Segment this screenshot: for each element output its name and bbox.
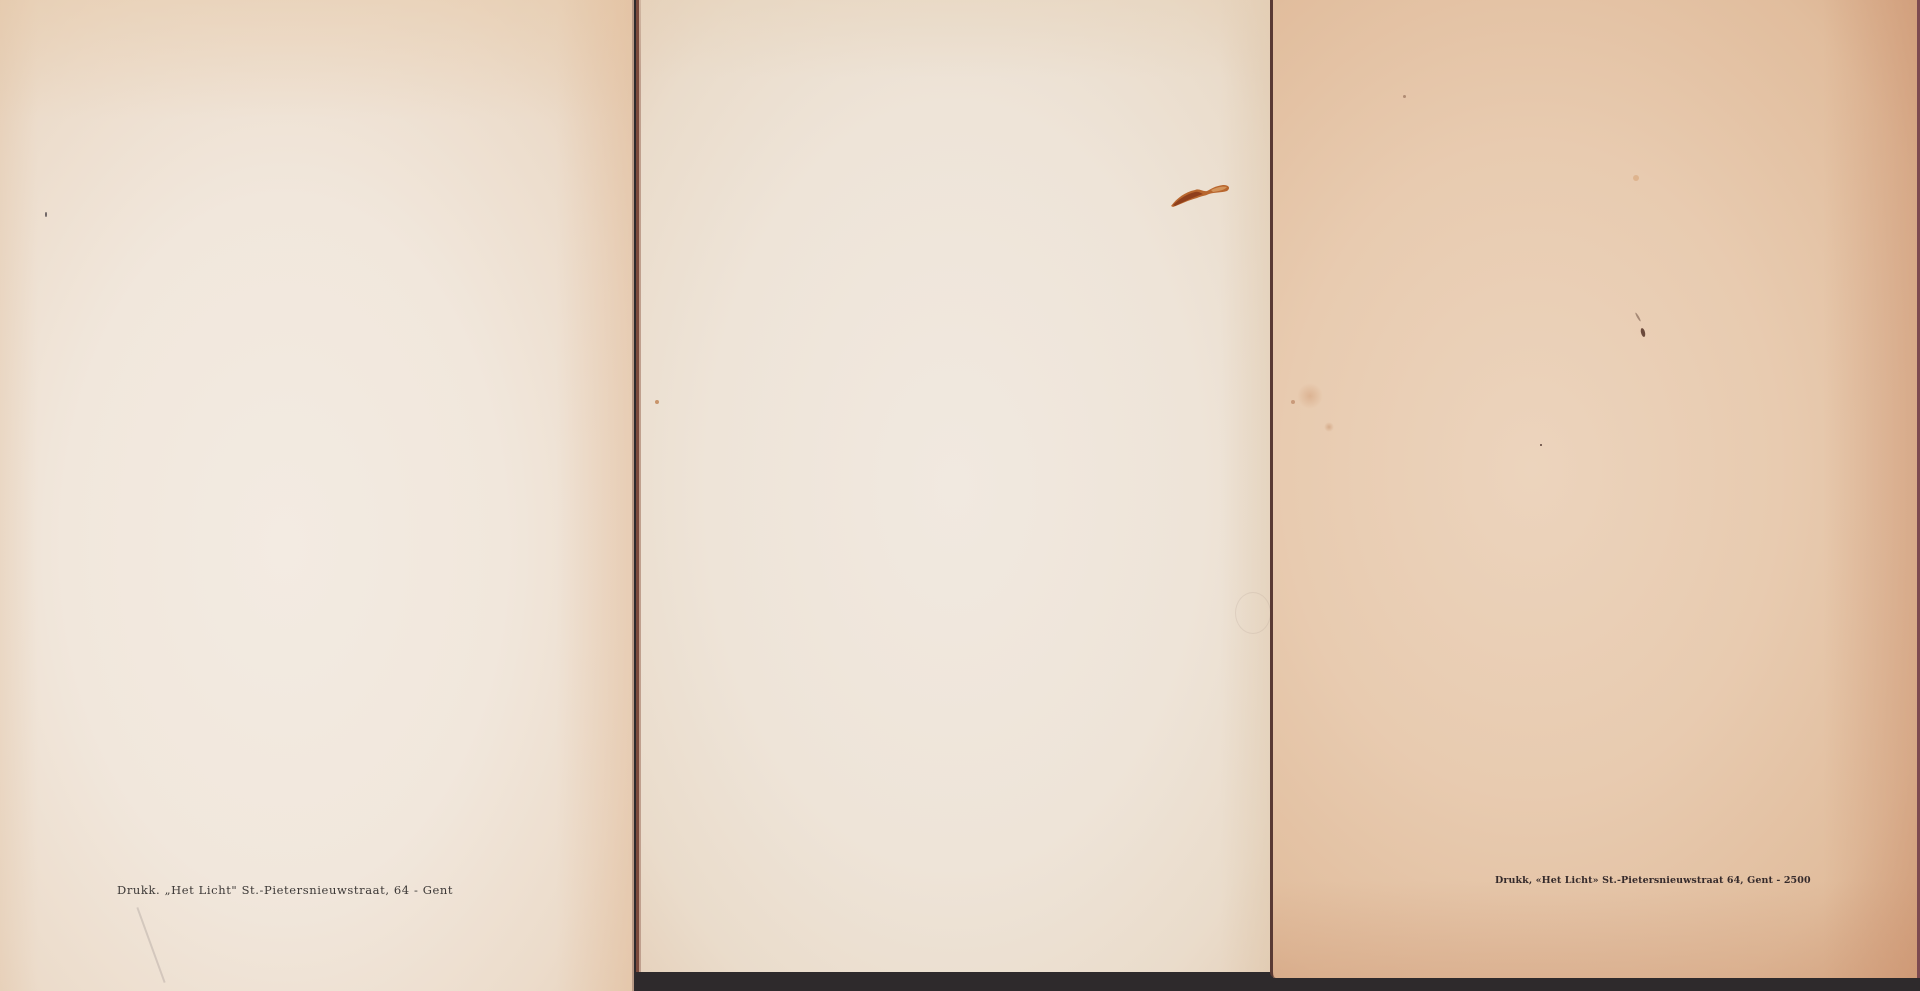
paper-crease: [1235, 592, 1271, 634]
printer-imprint-left: Drukk. „Het Licht" St.-Pietersnieuwstraa…: [117, 883, 453, 897]
foxing-spot: [1291, 400, 1295, 404]
foxing-spot: [1297, 383, 1323, 409]
ink-fleck: [1403, 95, 1406, 98]
foxing-spot: [1324, 422, 1334, 432]
ink-fleck: [45, 212, 47, 217]
back-cover-left: Drukk. „Het Licht" St.-Pietersnieuwstraa…: [0, 0, 634, 991]
foxing-spot: [655, 400, 659, 404]
rust-stain-icon: [1167, 178, 1233, 208]
ink-fleck: [1640, 328, 1646, 338]
ink-fleck: [1635, 312, 1642, 322]
printer-imprint-right: Drukk, «Het Licht» St.-Pietersnieuwstraa…: [1495, 875, 1811, 886]
foxing-spot: [1633, 175, 1639, 181]
back-cover-middle: [636, 0, 1270, 972]
back-cover-right: Drukk, «Het Licht» St.-Pietersnieuwstraa…: [1270, 0, 1920, 978]
scan-canvas: Drukk. „Het Licht" St.-Pietersnieuwstraa…: [0, 0, 1920, 991]
ink-fleck: [1540, 444, 1542, 446]
